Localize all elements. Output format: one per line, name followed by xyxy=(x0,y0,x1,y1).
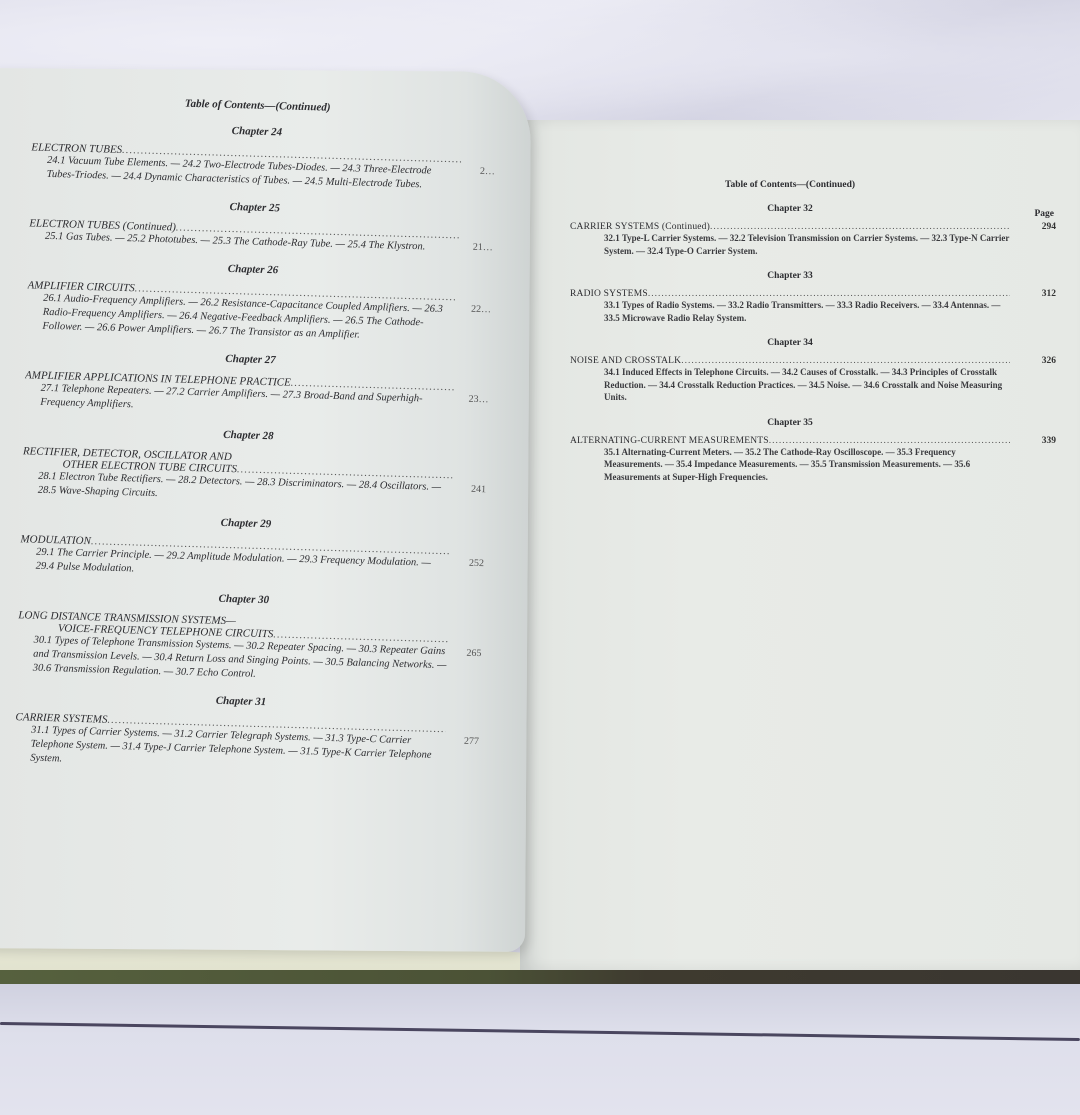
entry-sections: 33.1 Types of Radio Systems. — 33.2 Radi… xyxy=(570,299,1010,324)
toc-entry[interactable]: MODULATION..............................… xyxy=(20,533,451,585)
page-number: 294 xyxy=(1042,222,1056,232)
page-number: 312 xyxy=(1042,289,1056,299)
entry-title-text: RADIO SYSTEMS xyxy=(570,289,648,299)
chapter-heading: Chapter 25 xyxy=(30,195,480,220)
toc-entry[interactable]: RADIO SYSTEMS...........................… xyxy=(570,289,1010,324)
page-number: 277 xyxy=(464,736,479,747)
page-number: 252 xyxy=(469,558,484,569)
entry-title: CARRIER SYSTEMS (Continued).............… xyxy=(570,222,1010,232)
chapter-heading: Chapter 31 xyxy=(16,689,466,714)
entry-title-text: CARRIER SYSTEMS (Continued) xyxy=(570,222,710,232)
chapter-heading: Chapter 33 xyxy=(570,271,1010,281)
toc-entry[interactable]: ELECTRON TUBES..........................… xyxy=(30,141,461,193)
toc-heading: Table of Contents—(Continued) xyxy=(33,93,483,118)
chapter-heading: Chapter 29 xyxy=(21,511,471,536)
entry-title-text: MODULATION xyxy=(20,533,91,547)
page-number: 23… xyxy=(468,394,488,406)
entry-title-text: ALTERNATING-CURRENT MEASUREMENTS xyxy=(570,436,769,446)
chapter-heading: Chapter 28 xyxy=(23,423,473,448)
dot-leader: ........................................… xyxy=(710,222,1010,232)
entry-sections: 32.1 Type-L Carrier Systems. — 32.2 Tele… xyxy=(570,232,1010,257)
right-page: Table of Contents—(Continued) Chapter 32… xyxy=(520,120,1080,970)
chapter-heading: Chapter 35 xyxy=(570,418,1010,428)
entry-title-text: NOISE AND CROSSTALK xyxy=(570,356,681,366)
page-number: 241 xyxy=(471,484,486,495)
page-number: 326 xyxy=(1042,356,1056,366)
dot-leader: ........................................… xyxy=(681,356,1010,366)
toc-entry[interactable]: ELECTRON TUBES (Continued)..............… xyxy=(29,217,460,255)
chapter-list: Chapter 24ELECTRON TUBES................… xyxy=(14,119,482,777)
toc-entry[interactable]: ALTERNATING-CURRENT MEASUREMENTS........… xyxy=(570,436,1010,484)
left-page: Table of Contents—(Continued) Chapter 24… xyxy=(0,68,531,952)
entry-title: NOISE AND CROSSTALK.....................… xyxy=(570,356,1010,366)
background-cloth-bottom xyxy=(0,980,1080,1115)
entry-sections: 35.1 Alternating-Current Meters. — 35.2 … xyxy=(570,446,1010,484)
chapter-list: Chapter 32PageCARRIER SYSTEMS (Continued… xyxy=(570,204,1010,483)
page-number: 2… xyxy=(480,166,495,177)
chapter-heading: Chapter 30 xyxy=(19,587,469,612)
entry-title: RADIO SYSTEMS...........................… xyxy=(570,289,1010,299)
book-cover-edge xyxy=(0,968,1080,984)
chapter-heading: Chapter 34 xyxy=(570,338,1010,348)
entry-sections: 34.1 Induced Effects in Telephone Circui… xyxy=(570,366,1010,404)
page-number: 22… xyxy=(471,304,491,316)
chapter-heading: Chapter 27 xyxy=(25,347,475,372)
toc-entry[interactable]: CARRIER SYSTEMS.........................… xyxy=(14,711,445,777)
toc-entry[interactable]: AMPLIFIER APPLICATIONS IN TELEPHONE PRAC… xyxy=(24,369,455,421)
toc-entry[interactable]: PageCARRIER SYSTEMS (Continued).........… xyxy=(570,222,1010,257)
chapter-heading: Chapter 32 xyxy=(570,204,1010,214)
dot-leader: ........................................… xyxy=(648,289,1010,299)
toc-entry[interactable]: NOISE AND CROSSTALK.....................… xyxy=(570,356,1010,404)
page-number: 265 xyxy=(466,648,481,659)
page-column-label: Page xyxy=(1034,209,1054,219)
toc-entry[interactable]: RECTIFIER, DETECTOR, OSCILLATOR ANDOTHER… xyxy=(22,445,453,509)
toc-entry[interactable]: LONG DISTANCE TRANSMISSION SYSTEMS—VOICE… xyxy=(17,609,449,687)
chapter-heading: Chapter 24 xyxy=(32,119,482,144)
dot-leader: ........................................… xyxy=(769,436,1010,446)
toc-entry[interactable]: AMPLIFIER CIRCUITS......................… xyxy=(26,279,457,345)
chapter-heading: Chapter 26 xyxy=(28,257,478,282)
page-number: 21… xyxy=(473,242,493,254)
page-number: 339 xyxy=(1042,436,1056,446)
toc-heading: Table of Contents—(Continued) xyxy=(570,180,1010,190)
entry-title: ALTERNATING-CURRENT MEASUREMENTS........… xyxy=(570,436,1010,446)
